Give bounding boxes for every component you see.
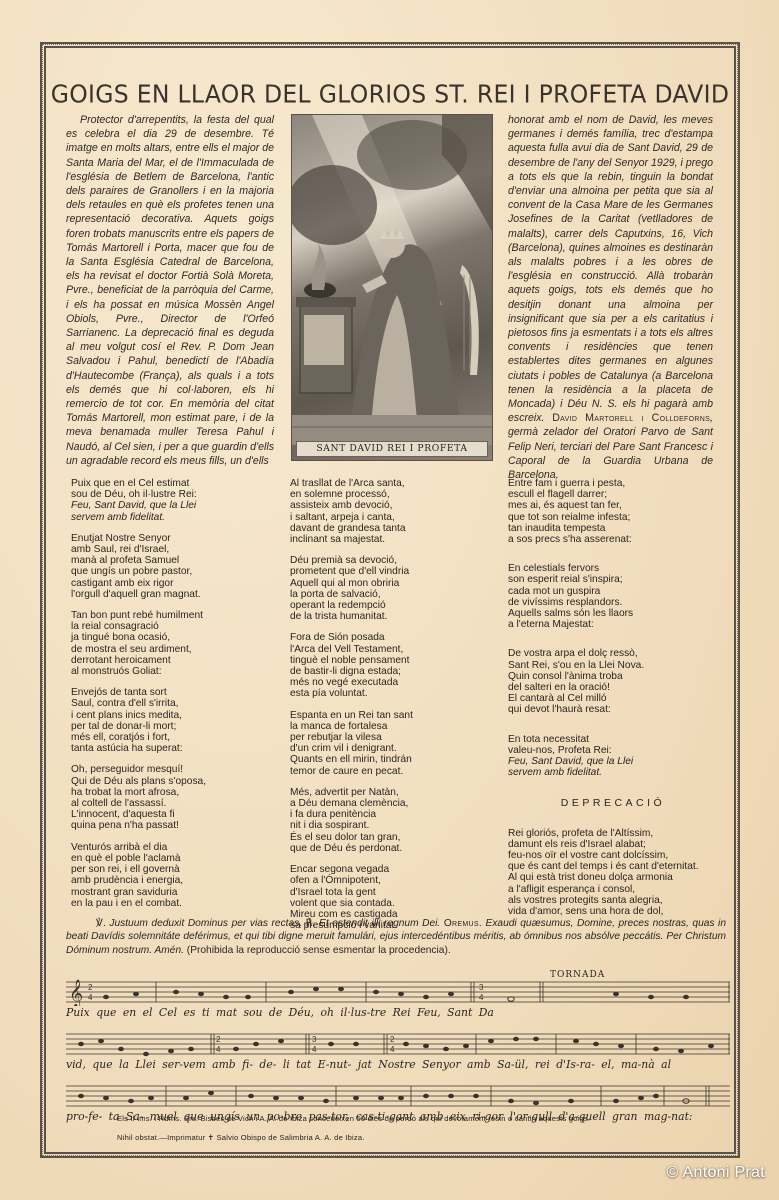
music-staff-icon: 24 34 24 bbox=[66, 1028, 730, 1058]
author-signature: David Martorell i Colldeforns bbox=[552, 412, 710, 424]
verses-column-3: Entre fam i guerra i pesta, escull el fl… bbox=[508, 478, 733, 927]
deprecation-text: Rei gloriós, profeta de l'Altíssim, damu… bbox=[508, 828, 733, 918]
staff-1: 𝄞 24 34 bbox=[66, 976, 730, 1006]
musical-score: 𝄞 24 34 Puix que en el Cel es ti mat sou… bbox=[66, 976, 730, 1132]
reproduction-notice: (Prohibida la reproducció sense esmentar… bbox=[187, 945, 451, 956]
stanza: Tan bon punt rebé humilment la reial con… bbox=[71, 610, 281, 677]
svg-text:3: 3 bbox=[479, 983, 484, 992]
svg-text:2: 2 bbox=[88, 983, 93, 992]
engraving-caption: SANT DAVID REI I PROFETA bbox=[296, 441, 488, 457]
stanza: Fora de Sión posada l'Arca del Vell Test… bbox=[290, 632, 500, 699]
stanza: Envejós de tanta sort Saul, contra d'ell… bbox=[71, 687, 281, 754]
versicle: Justuum deduxit Dominus per vias rectas. bbox=[109, 918, 302, 929]
stanza: Espanta en un Rei tan sant la manca de f… bbox=[290, 710, 500, 777]
stanza: En celestials fervors son esperit reial … bbox=[508, 563, 733, 630]
stanza: Oh, perseguidor mesquí! Qui de Déu als p… bbox=[71, 764, 281, 831]
staff-3 bbox=[66, 1080, 730, 1110]
stanza: De vostra arpa el dolç ressò, Sant Rei, … bbox=[508, 648, 733, 715]
refrain: Feu, Sant David, que la Llei servem amb … bbox=[71, 500, 196, 522]
response: Et ostendit illi regnum Dei. bbox=[319, 918, 440, 929]
stanza: Al trasllat de l'Arca santa, en solemne … bbox=[290, 478, 500, 545]
versicle-mark: ℣. bbox=[96, 918, 106, 929]
stanza: Enutjat Nostre Senyor amb Saul, rei d'Is… bbox=[71, 533, 281, 600]
svg-text:4: 4 bbox=[88, 993, 93, 1002]
svg-text:4: 4 bbox=[479, 993, 484, 1002]
svg-text:2: 2 bbox=[390, 1035, 395, 1044]
imprimatur: Nihil obstat.—Imprimatur ✝ Salvio Obispo… bbox=[117, 1133, 365, 1142]
music-staff-icon: 𝄞 24 34 bbox=[66, 976, 730, 1006]
intro-right-body: honorat amb el nom de David, les meves g… bbox=[508, 114, 713, 424]
stanza: Més, advertit per Natàn, a Déu demana cl… bbox=[290, 787, 500, 854]
staff-2: 24 34 24 bbox=[66, 1028, 730, 1058]
page-title: GOIGS EN LLAOR DEL GLORIOS ST. REI I PRO… bbox=[44, 79, 736, 108]
lyrics-line-2: vid, que la Llei ser-vem amb fi- de- li … bbox=[66, 1058, 730, 1080]
svg-text:4: 4 bbox=[390, 1045, 395, 1054]
verses-column-1: Puix que en el Cel estimat sou de Déu, o… bbox=[71, 478, 281, 919]
svg-text:2: 2 bbox=[216, 1035, 221, 1044]
intro-text-right: honorat amb el nom de David, les meves g… bbox=[508, 113, 713, 482]
svg-text:4: 4 bbox=[216, 1045, 221, 1054]
intro-text-left: Protector d'arrepentits, la festa del qu… bbox=[66, 113, 274, 468]
music-staff-icon bbox=[66, 1080, 730, 1110]
stanza: Puix que en el Cel estimat sou de Déu, o… bbox=[71, 478, 281, 523]
stanza: Entre fam i guerra i pesta, escull el fl… bbox=[508, 478, 733, 545]
svg-text:3: 3 bbox=[312, 1035, 317, 1044]
engraving-illustration-icon bbox=[292, 115, 493, 461]
deprecation-heading: DEPRECACIÓ bbox=[508, 798, 733, 809]
indulgence-note: Els Il·lms. i Rdms. Srs. Bisbes de Vich … bbox=[117, 1114, 590, 1123]
saint-david-engraving: SANT DAVID REI I PROFETA bbox=[291, 114, 493, 461]
stanza-lines: Puix que en el Cel estimat sou de Déu, o… bbox=[71, 478, 197, 500]
stanza: Déu premià sa devoció, prometent que d'e… bbox=[290, 555, 500, 622]
stanza-lines: En tota necessitat valeu-nos, Profeta Re… bbox=[508, 734, 612, 756]
svg-text:4: 4 bbox=[312, 1045, 317, 1054]
latin-prayer: ℣. Justuum deduxit Dominus per vias rect… bbox=[66, 917, 726, 957]
lyrics-line-1: Puix que en el Cel es ti mat sou de Déu,… bbox=[66, 1006, 730, 1028]
stanza: En tota necessitat valeu-nos, Profeta Re… bbox=[508, 734, 733, 779]
svg-text:𝄞: 𝄞 bbox=[69, 980, 83, 1006]
refrain: Feu, Sant David, que la Llei servem amb … bbox=[508, 756, 633, 778]
copyright-watermark: © Antoni Prat bbox=[667, 1164, 765, 1182]
stanza: Venturós arribà el dia en què el poble l… bbox=[71, 842, 281, 909]
oremus: Oremus. bbox=[444, 918, 482, 929]
verses-column-2: Al trasllat de l'Arca santa, en solemne … bbox=[290, 478, 500, 941]
response-mark: ℟. bbox=[306, 918, 316, 929]
